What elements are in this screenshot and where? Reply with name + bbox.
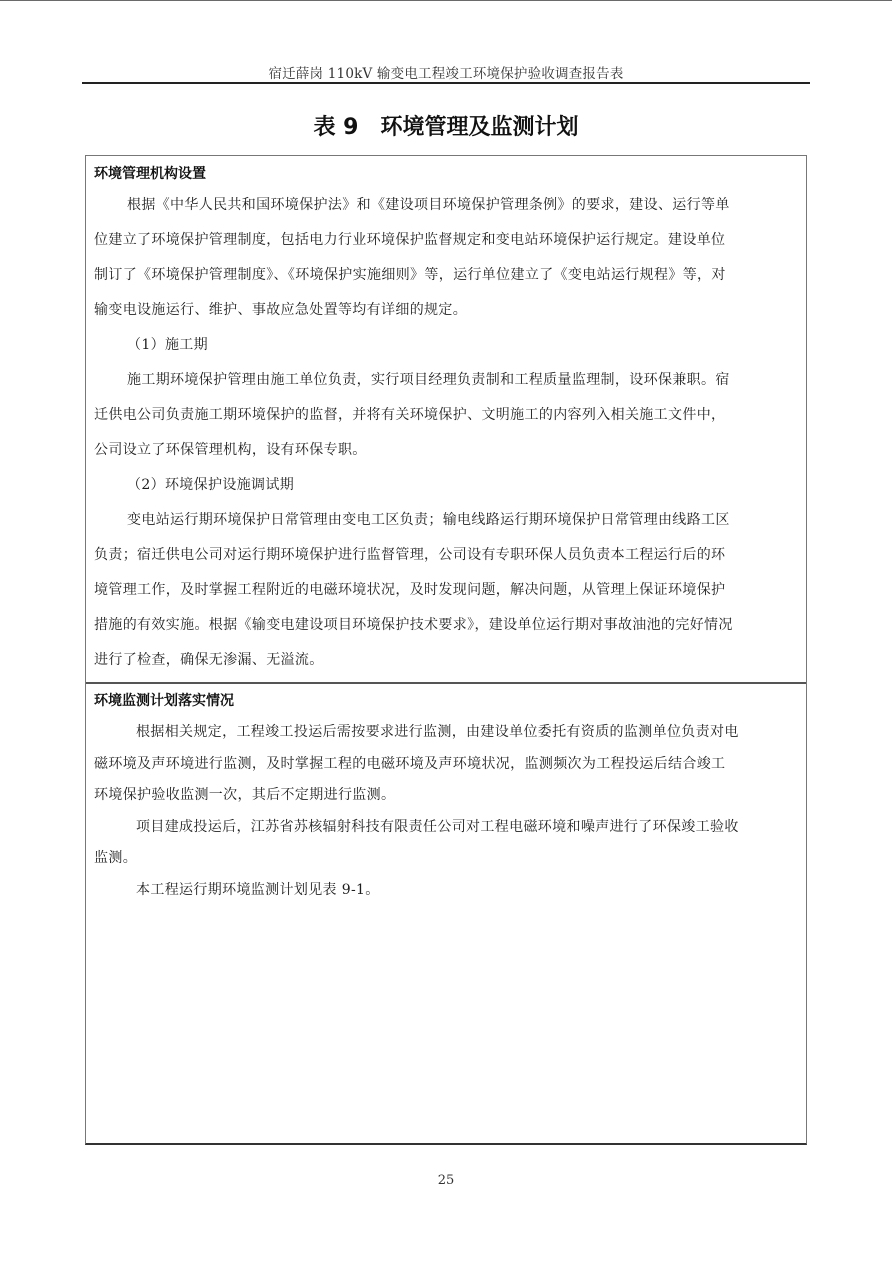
paragraph-line: 监测。 xyxy=(94,845,798,877)
paragraph-line: 变电站运行期环境保护日常管理由变电工区负责；输电线路运行期环境保护日常管理由线路… xyxy=(94,507,798,542)
section-title: 环境监测计划落实情况 xyxy=(94,691,798,719)
table-title-text: 环境管理及监测计划 xyxy=(380,115,578,140)
paragraph-line: 本工程运行期环境监测计划见表 9-1。 xyxy=(94,877,798,909)
section-env-management-org: 环境管理机构设置 根据《中华人民共和国环境保护法》和《建设项目环境保护管理条例》… xyxy=(86,164,806,682)
paragraph-line: 环境保护验收监测一次，其后不定期进行监测。 xyxy=(94,782,798,814)
running-header: 宿迁薛岗 110kV 输变电工程竣工环境保护验收调查报告表 xyxy=(82,62,810,82)
paragraph-line: 进行了检查，确保无渗漏、无溢流。 xyxy=(94,647,798,682)
paragraph-line: 根据相关规定，工程竣工投运后需按要求进行监测，由建设单位委托有资质的监测单位负责… xyxy=(94,719,798,751)
paragraph-line: 施工期环境保护管理由施工单位负责，实行项目经理负责制和工程质量监理制，设环保兼职… xyxy=(94,367,798,402)
paragraph-line: 项目建成投运后，江苏省苏核辐射科技有限责任公司对工程电磁环境和噪声进行了环保竣工… xyxy=(94,814,798,846)
subheading-commissioning-period: （2）环境保护设施调试期 xyxy=(94,472,798,507)
paragraph-line: 负责；宿迁供电公司对运行期环境保护进行监督管理，公司设有专职环保人员负责本工程运… xyxy=(94,542,798,577)
section-monitoring-plan: 环境监测计划落实情况 根据相关规定，工程竣工投运后需按要求进行监测，由建设单位委… xyxy=(86,691,806,908)
table-number: 表 9 xyxy=(314,115,359,140)
paragraph-line: 输变电设施运行、维护、事故应急处置等均有详细的规定。 xyxy=(94,297,798,332)
section-title: 环境管理机构设置 xyxy=(94,164,798,192)
subheading-construction-period: （1）施工期 xyxy=(94,332,798,367)
paragraph-line: 根据《中华人民共和国环境保护法》和《建设项目环境保护管理条例》的要求，建设、运行… xyxy=(94,192,798,227)
header-rule xyxy=(82,82,810,84)
paragraph-line: 公司设立了环保管理机构，设有环保专职。 xyxy=(94,437,798,472)
paragraph-line: 位建立了环境保护管理制度，包括电力行业环境保护监督规定和变电站环境保护运行规定。… xyxy=(94,227,798,262)
content-table: 环境管理机构设置 根据《中华人民共和国环境保护法》和《建设项目环境保护管理条例》… xyxy=(85,155,807,1145)
page-title: 表 9环境管理及监测计划 xyxy=(82,110,810,141)
paragraph-line: 措施的有效实施。根据《输变电建设项目环境保护技术要求》，建设单位运行期对事故油池… xyxy=(94,612,798,647)
paragraph-line: 迁供电公司负责施工期环境保护的监督，并将有关环境保护、文明施工的内容列入相关施工… xyxy=(94,402,798,437)
page-number: 25 xyxy=(82,1173,810,1188)
page-top-border xyxy=(0,0,892,1)
paragraph-line: 磁环境及声环境进行监测，及时掌握工程的电磁环境及声环境状况，监测频次为工程投运后… xyxy=(94,751,798,783)
section-divider xyxy=(86,682,806,684)
paragraph-line: 制订了《环境保护管理制度》、《环境保护实施细则》等，运行单位建立了《变电站运行规… xyxy=(94,262,798,297)
paragraph-line: 境管理工作，及时掌握工程附近的电磁环境状况，及时发现问题，解决问题，从管理上保证… xyxy=(94,577,798,612)
